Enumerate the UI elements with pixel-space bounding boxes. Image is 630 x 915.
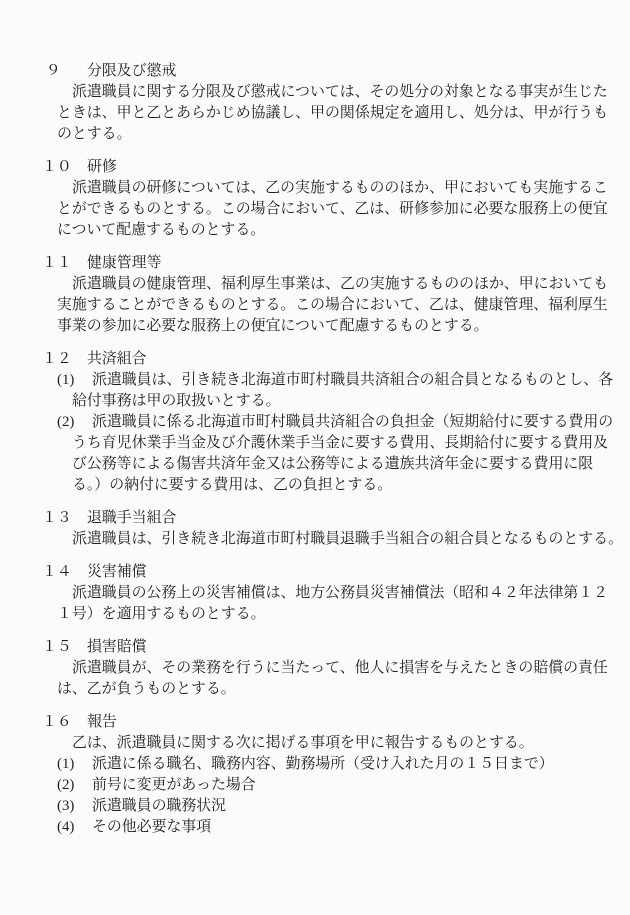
text-line: 派遣職員が、その業務を行うに当たって、他人に損害を与えたときの賠償の責任: [42, 658, 630, 679]
section-9: ９分限及び懲戒 派遣職員に関する分限及び懲戒については、その処分の対象となる事実…: [42, 61, 630, 145]
section-number: １５: [42, 637, 87, 658]
text-line: について配慮するものとする。: [42, 220, 630, 241]
section-title: 分限及び懲戒: [87, 63, 176, 79]
list-item-text: 前号に変更があった場合: [92, 777, 256, 793]
list-item-marker: (2): [57, 412, 92, 433]
document-page: ９分限及び懲戒 派遣職員に関する分限及び懲戒については、その処分の対象となる事実…: [0, 0, 630, 915]
text-line: 実施することができるものとする。この場合において、乙は、健康管理、福利厚生: [42, 295, 630, 316]
text-line: 派遣職員の公務上の災害補償は、地方公務員災害補償法（昭和４２年法律第１２: [42, 583, 630, 604]
list-item-line: (4)その他必要な事項: [42, 817, 630, 838]
section-title: 退職手当組合: [87, 510, 176, 526]
text-line: うち育児休業手当金及び介護休業手当金に要する費用、長期給付に要する費用及: [42, 433, 630, 454]
list-item-marker: (1): [57, 370, 92, 391]
text-line: とができるものとする。この場合において、乙は、研修参加に必要な服務上の便宜: [42, 199, 630, 220]
list-item-line: (2)派遣職員に係る北海道市町村職員共済組合の負担金（短期給付に要する費用の: [42, 412, 630, 433]
section-title: 損害賠償: [87, 639, 147, 655]
section-16: １６報告 乙は、派遣職員に関する次に掲げる事項を甲に報告するものとする。 (1)…: [42, 712, 630, 838]
text-line: び公務等による傷害共済年金又は公務等による遺族共済年金に要する費用に限: [42, 454, 630, 475]
section-heading: １１健康管理等: [42, 253, 630, 274]
section-title: 共済組合: [87, 351, 147, 367]
section-heading: １４災害補償: [42, 562, 630, 583]
section-title: 健康管理等: [87, 255, 161, 271]
text-line: る。）の納付に要する費用は、乙の負担とする。: [42, 475, 630, 496]
section-heading: １６報告: [42, 712, 630, 733]
section-title: 報告: [87, 714, 117, 730]
list-item-marker: (1): [57, 754, 92, 775]
list-item-text: 派遣職員に係る北海道市町村職員共済組合の負担金（短期給付に要する費用の: [92, 414, 613, 430]
section-number: １２: [42, 349, 87, 370]
text-line: １号）を適用するものとする。: [42, 604, 630, 625]
section-number: １６: [42, 712, 87, 733]
section-heading: １０研修: [42, 157, 630, 178]
list-item-line: (1)派遣職員は、引き続き北海道市町村職員共済組合の組合員となるものとし、各: [42, 370, 630, 391]
list-item-line: (3)派遣職員の職務状況: [42, 796, 630, 817]
section-number: ９: [42, 61, 87, 82]
list-item-marker: (3): [57, 796, 92, 817]
text-line: 給付事務は甲の取扱いとする。: [42, 391, 630, 412]
section-number: １１: [42, 253, 87, 274]
list-item-text: 派遣職員の職務状況: [92, 798, 226, 814]
list-item-marker: (4): [57, 817, 92, 838]
list-item-text: 派遣に係る職名、職務内容、勤務場所（受け入れた月の１５日まで）: [92, 756, 554, 772]
section-heading: ９分限及び懲戒: [42, 61, 630, 82]
text-line: 乙は、派遣職員に関する次に掲げる事項を甲に報告するものとする。: [42, 733, 630, 754]
section-10: １０研修 派遣職員の研修については、乙の実施するもののほか、甲においても実施する…: [42, 157, 630, 241]
text-line: 派遣職員は、引き続き北海道市町村職員退職手当組合の組合員となるものとする。: [42, 529, 630, 550]
text-line: は、乙が負うものとする。: [42, 679, 630, 700]
list-item-line: (1)派遣に係る職名、職務内容、勤務場所（受け入れた月の１５日まで）: [42, 754, 630, 775]
section-15: １５損害賠償 派遣職員が、その業務を行うに当たって、他人に損害を与えたときの賠償…: [42, 637, 630, 700]
section-number: １０: [42, 157, 87, 178]
text-line: 派遣職員に関する分限及び懲戒については、その処分の対象となる事実が生じた: [42, 82, 630, 103]
section-heading: １３退職手当組合: [42, 508, 630, 529]
list-item-line: (2)前号に変更があった場合: [42, 775, 630, 796]
section-12: １２共済組合 (1)派遣職員は、引き続き北海道市町村職員共済組合の組合員となるも…: [42, 349, 630, 496]
section-14: １４災害補償 派遣職員の公務上の災害補償は、地方公務員災害補償法（昭和４２年法律…: [42, 562, 630, 625]
section-number: １３: [42, 508, 87, 529]
section-title: 研修: [87, 159, 117, 175]
section-13: １３退職手当組合 派遣職員は、引き続き北海道市町村職員退職手当組合の組合員となる…: [42, 508, 630, 550]
section-title: 災害補償: [87, 564, 147, 580]
list-item-text: 派遣職員は、引き続き北海道市町村職員共済組合の組合員となるものとし、各: [92, 372, 613, 388]
section-heading: １２共済組合: [42, 349, 630, 370]
text-line: のとする。: [42, 124, 630, 145]
section-number: １４: [42, 562, 87, 583]
text-line: 派遣職員の健康管理、福利厚生事業は、乙の実施するもののほか、甲においても: [42, 274, 630, 295]
text-line: 派遣職員の研修については、乙の実施するもののほか、甲においても実施するこ: [42, 178, 630, 199]
section-11: １１健康管理等 派遣職員の健康管理、福利厚生事業は、乙の実施するもののほか、甲に…: [42, 253, 630, 337]
list-item-text: その他必要な事項: [92, 819, 211, 835]
text-line: ときは、甲と乙とあらかじめ協議し、甲の関係規定を適用し、処分は、甲が行うも: [42, 103, 630, 124]
text-line: 事業の参加に必要な服務上の便宜について配慮するものとする。: [42, 316, 630, 337]
section-heading: １５損害賠償: [42, 637, 630, 658]
list-item-marker: (2): [57, 775, 92, 796]
